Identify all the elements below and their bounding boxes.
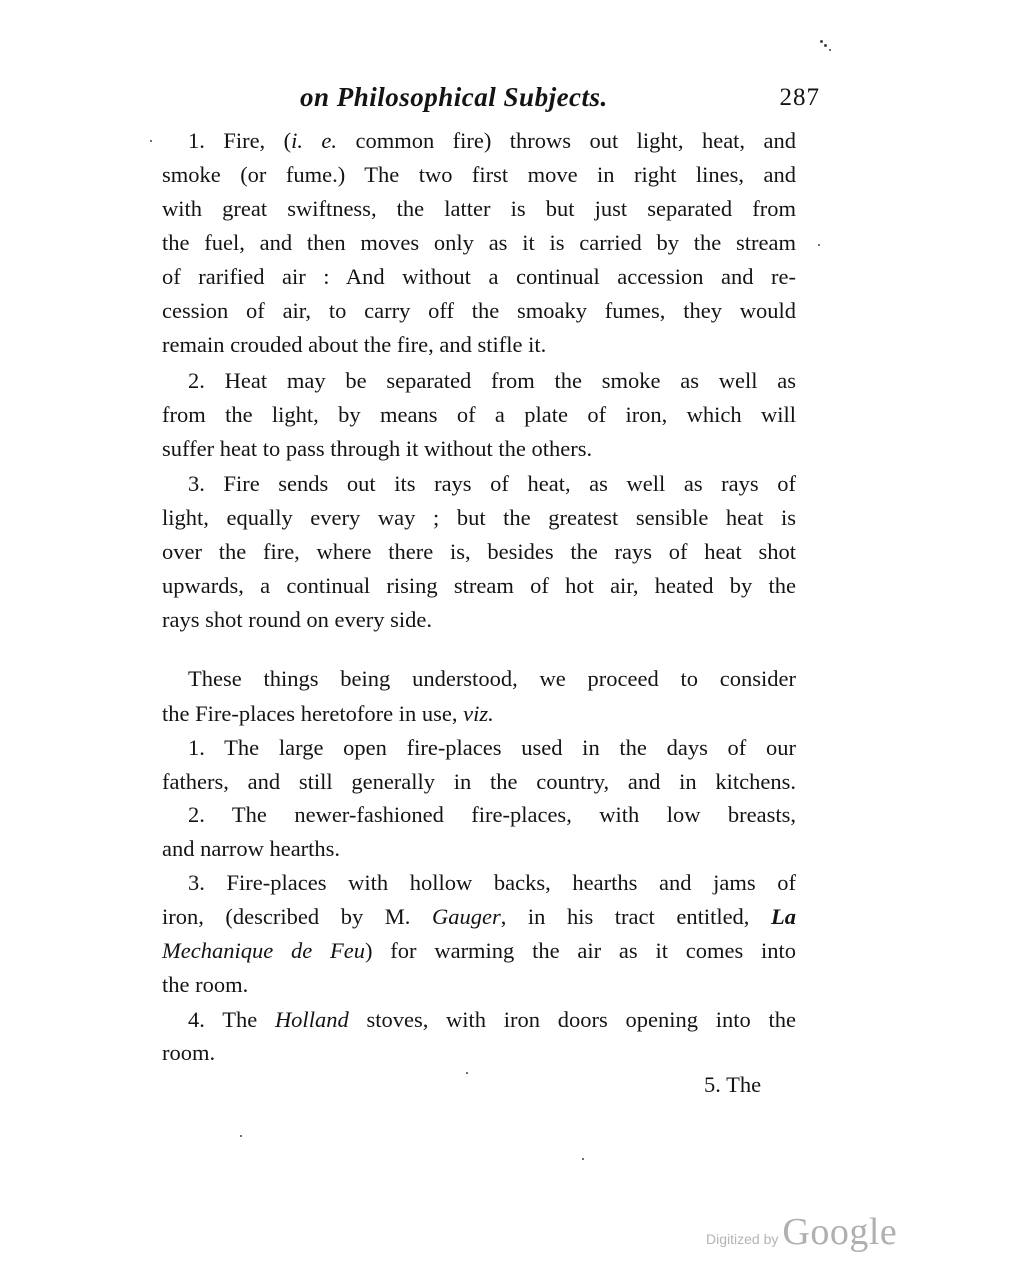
list-item-4: 4. The Holland stoves, with iron doors o…: [162, 1003, 796, 1037]
google-watermark: Digitized by Google: [706, 1210, 897, 1254]
text-line: rays shot round on every side.: [162, 603, 796, 637]
scan-speck: [818, 244, 820, 246]
book-page: on Philosophical Subjects. 287 1. Fire, …: [0, 0, 1014, 1282]
page-number: 287: [780, 84, 821, 112]
list-item-2: 2. The newer-fashioned fire-places, with…: [162, 798, 796, 832]
text-line: fathers, and still generally in the coun…: [162, 765, 796, 799]
text-line: suffer heat to pass through it without t…: [162, 432, 796, 466]
text-line: upwards, a continual rising stream of ho…: [162, 569, 796, 603]
text-line: the fuel, and then moves only as it is c…: [162, 226, 796, 260]
running-head: on Philosophical Subjects. 287: [300, 82, 820, 122]
text-line: room.: [162, 1036, 796, 1070]
text-line: with great swiftness, the latter is but …: [162, 192, 796, 226]
text-line: smoke (or fume.) The two first move in r…: [162, 158, 796, 192]
text-line: iron, (described by M. Gauger, in his tr…: [162, 900, 796, 934]
digitized-by-label: Digitized by: [706, 1231, 778, 1247]
list-item-1: 1. The large open fire-places used in th…: [162, 731, 796, 765]
text-line: remain crouded about the fire, and stifl…: [162, 328, 796, 362]
text-line: These things being understood, we procee…: [162, 662, 796, 696]
scan-speck: [820, 40, 823, 43]
text-line: 2. Heat may be separated from the smoke …: [162, 364, 796, 398]
catchword: 5. The: [704, 1072, 761, 1098]
scan-speck: [829, 49, 831, 51]
text-line: light, equally every way ; but the great…: [162, 501, 796, 535]
scan-speck: [466, 1072, 468, 1074]
text-line: the Fire-places heretofore in use, viz.: [162, 697, 796, 731]
google-logo: Google: [782, 1211, 897, 1253]
text-line: from the light, by means of a plate of i…: [162, 398, 796, 432]
scan-speck: [824, 44, 827, 47]
text-line: cession of air, to carry off the smoaky …: [162, 294, 796, 328]
scan-speck: [582, 1158, 584, 1160]
text-line: of rarified air : And without a continua…: [162, 260, 796, 294]
text-line: the room.: [162, 968, 796, 1002]
text-line: Mechanique de Feu) for warming the air a…: [162, 934, 796, 968]
running-title: on Philosophical Subjects.: [300, 82, 608, 113]
text-line: 1. Fire, (i. e. common fire) throws out …: [162, 124, 796, 158]
text-line: 3. Fire sends out its rays of heat, as w…: [162, 467, 796, 501]
scan-speck: [150, 140, 152, 142]
text-line: over the fire, where there is, besides t…: [162, 535, 796, 569]
text-line: and narrow hearths.: [162, 832, 796, 866]
scan-speck: [240, 1135, 242, 1137]
list-item-3: 3. Fire-places with hollow backs, hearth…: [162, 866, 796, 900]
